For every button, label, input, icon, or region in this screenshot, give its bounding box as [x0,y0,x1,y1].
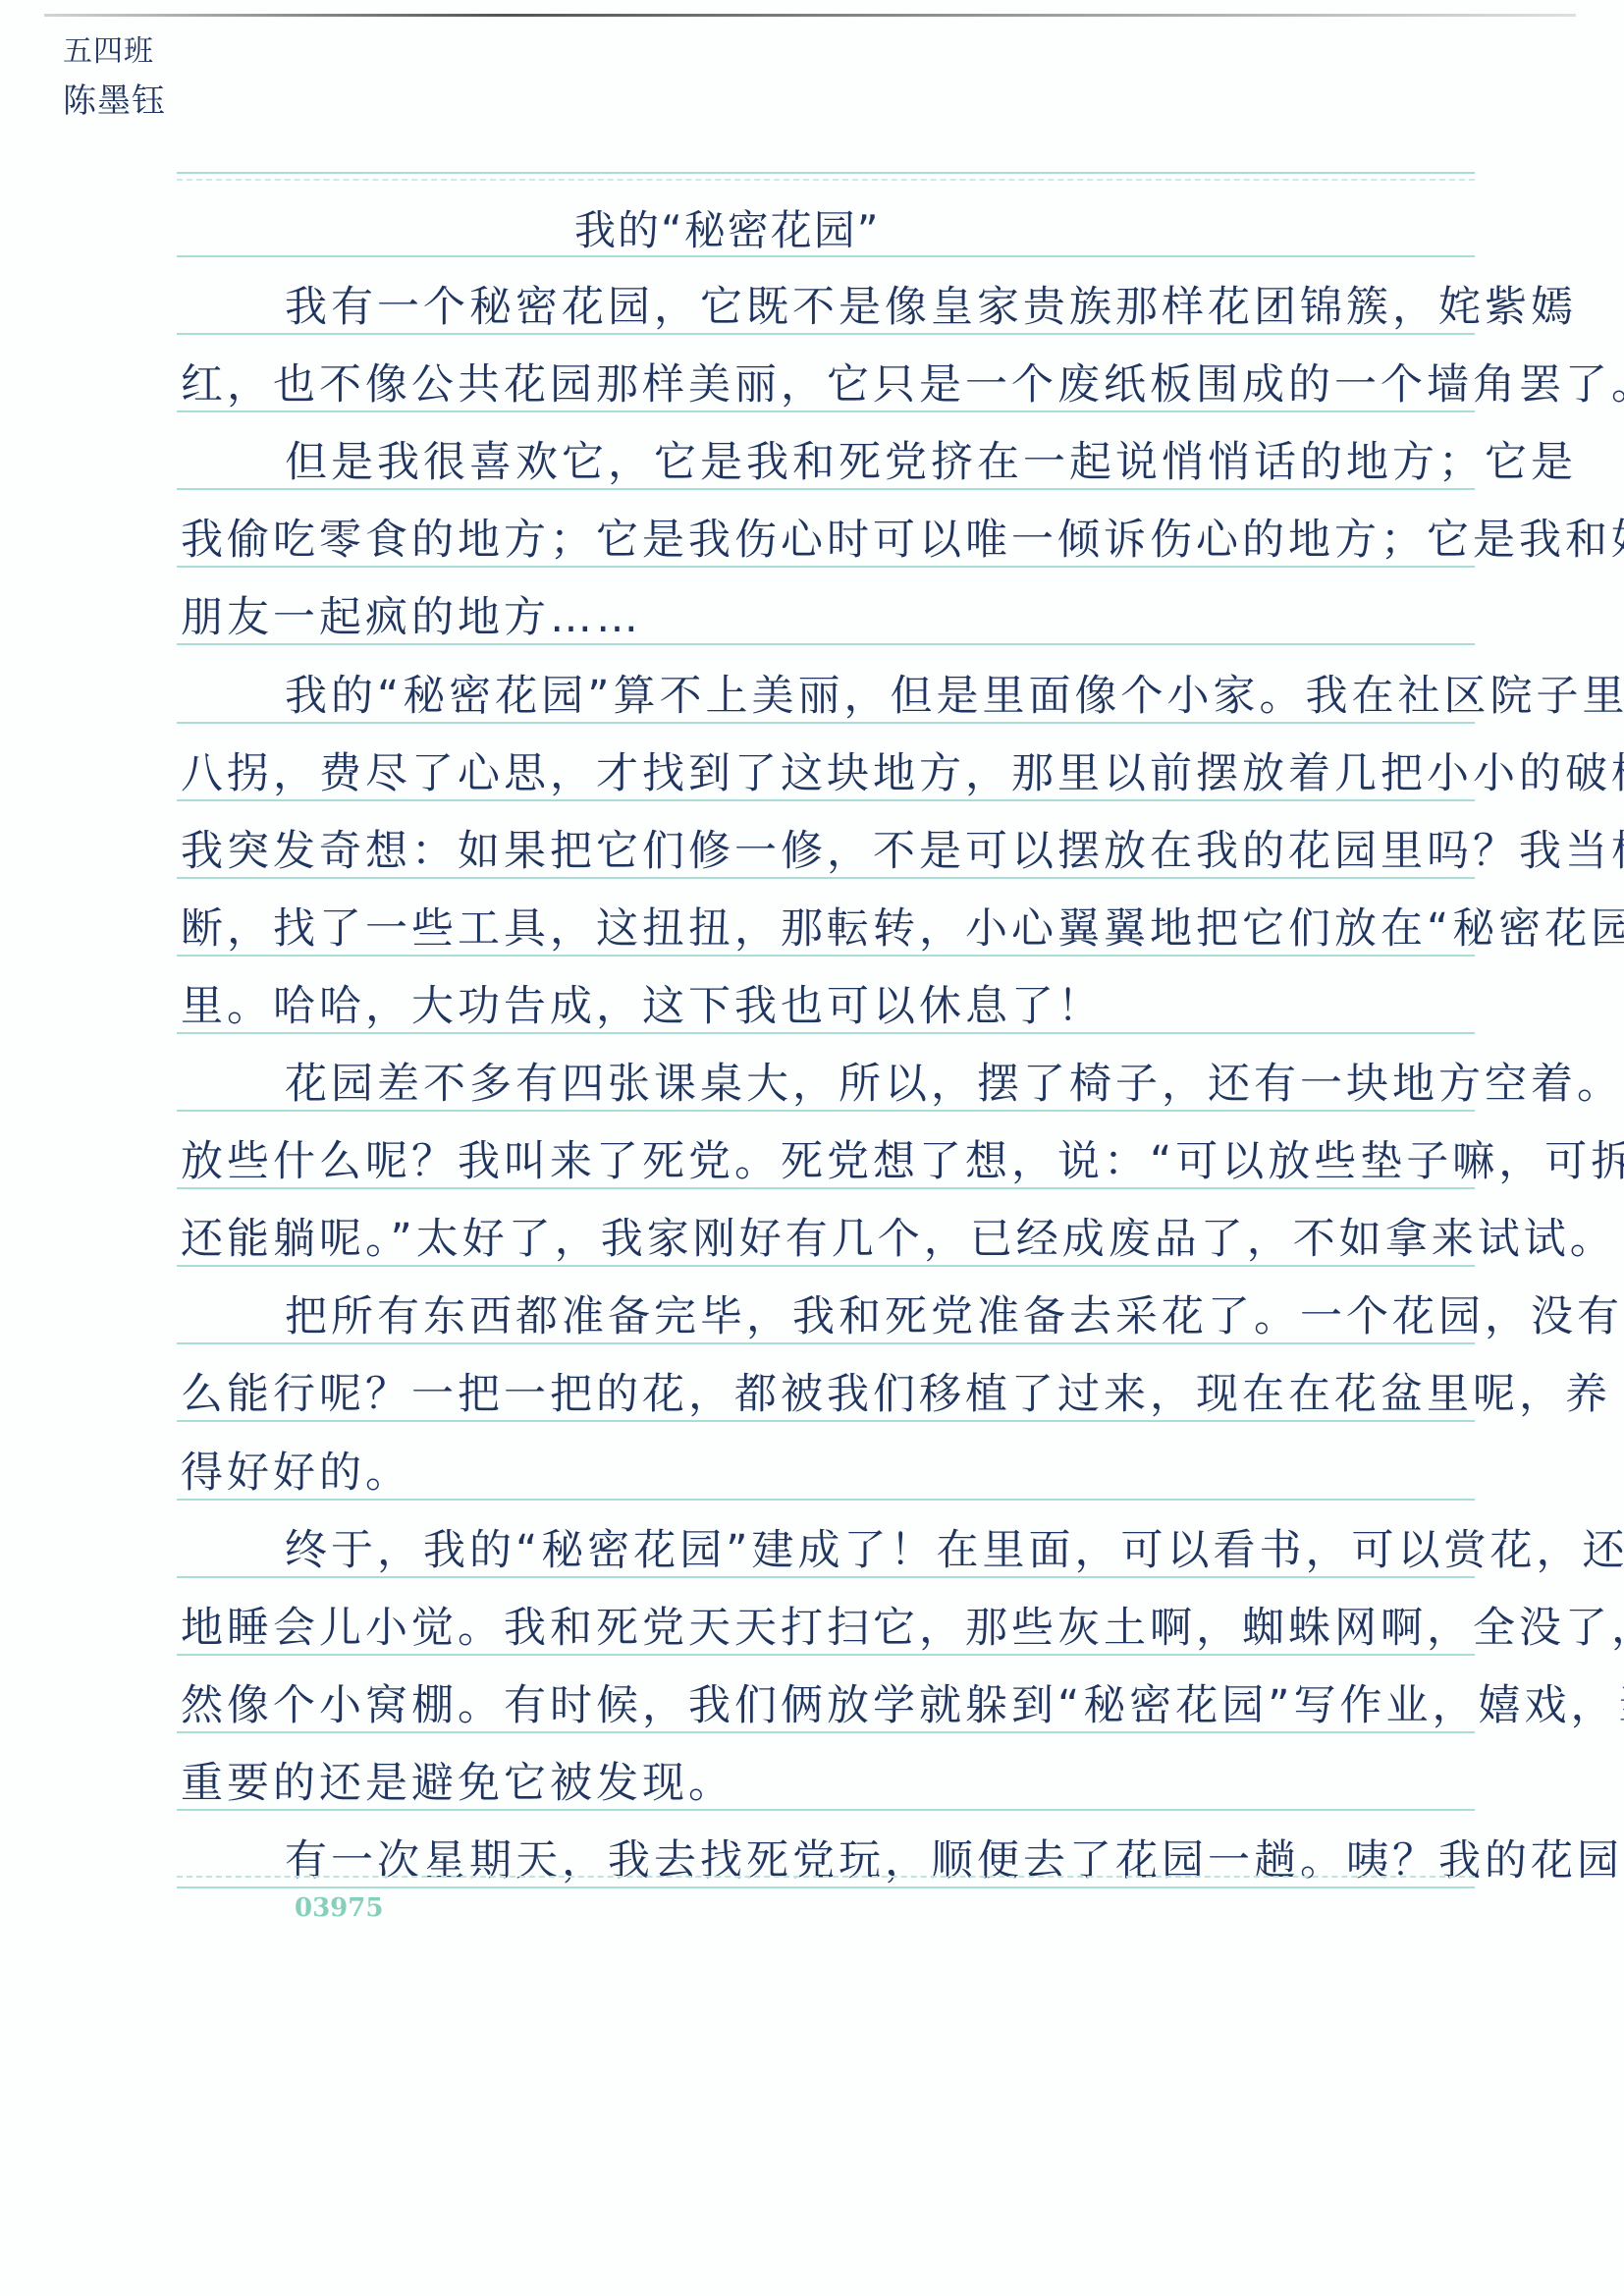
essay-title: 我的“秘密花园” [574,210,1475,251]
paragraph-first-line: 但是我很喜欢它，它是我和死党挤在一起说悄悄话的地方；它是 [285,442,1471,484]
line-text: 里。哈哈，大功告成，这下我也可以休息了！ [181,986,1475,1028]
essay-line: 地睡会儿小觉。我和死党天天打扫它，那些灰土啊，蜘蛛网啊，全没了，俨 [177,1578,1475,1656]
line-text: 得好好的。 [181,1452,1475,1495]
line-text: 红，也不像公共花园那样美丽，它只是一个废纸板围成的一个墙角罢了。 [181,364,1471,407]
essay-line: 我偷吃零食的地方；它是我伤心时可以唯一倾诉伤心的地方；它是我和好 [177,490,1475,568]
essay-line: 我有一个秘密花园，它既不是像皇家贵族那样花团锦簇，姹紫嫣 [177,257,1475,335]
bottom-dash-rule [177,1876,1475,1878]
paragraph-first-line: 我的“秘密花园”算不上美丽，但是里面像个小家。我在社区院子里七拐 [285,676,1471,718]
student-name: 陈墨钰 [63,84,166,118]
essay-line: 么能行呢？一把一把的花，都被我们移植了过来，现在在花盆里呢，养 [177,1344,1475,1422]
serial-number-stamp: 03975 [295,1893,383,1923]
essay-line: 还能躺呢。”太好了，我家刚好有几个，已经成废品了，不如拿来试试。 [177,1189,1475,1267]
paragraph-first-line: 我有一个秘密花园，它既不是像皇家贵族那样花团锦簇，姹紫嫣 [285,287,1471,329]
paragraph-first-line: 把所有东西都准备完毕，我和死党准备去采花了。一个花园，没有花怎 [285,1296,1471,1339]
essay-line: 我的“秘密花园”算不上美丽，但是里面像个小家。我在社区院子里七拐 [177,646,1475,724]
essay-line: 里。哈哈，大功告成，这下我也可以休息了！ [177,957,1475,1034]
essay-line: 断，找了一些工具，这扭扭，那転转，小心翼翼地把它们放在“秘密花园” [177,879,1475,957]
line-text: 然像个小窝棚。有时候，我们俩放学就躲到“秘密花园”写作业，嬉戏，当然最 [181,1685,1471,1727]
line-text: 地睡会儿小觉。我和死党天天打扫它，那些灰土啊，蜘蛛网啊，全没了，俨 [181,1608,1471,1650]
line-text: 我偷吃零食的地方；它是我伤心时可以唯一倾诉伤心的地方；它是我和好 [181,519,1471,562]
class-label: 五四班 [63,37,154,67]
line-text: 么能行呢？一把一把的花，都被我们移植了过来，现在在花盆里呢，养 [181,1374,1471,1416]
essay-line: 然像个小窝棚。有时候，我们俩放学就躲到“秘密花园”写作业，嬉戏，当然最 [177,1656,1475,1733]
essay-line: 但是我很喜欢它，它是我和死党挤在一起说悄悄话的地方；它是 [177,412,1475,490]
line-text: 八拐，费尽了心思，才找到了这块地方，那里以前摆放着几把小小的破椅子。 [181,753,1471,795]
essay-line: 重要的还是避免它被发现。 [177,1733,1475,1811]
paragraph-first-line: 终于，我的“秘密花园”建成了！在里面，可以看书，可以赏花，还能懒懒 [285,1530,1471,1572]
line-text: 朋友一起疯的地方…… [181,597,1475,639]
essay-line: 红，也不像公共花园那样美丽，它只是一个废纸板围成的一个墙角罢了。 [177,335,1475,412]
essay-line: 花园差不多有四张课桌大，所以，摆了椅子，还有一块地方空着。这里该 [177,1034,1475,1112]
essay-line: 把所有东西都准备完毕，我和死党准备去采花了。一个花园，没有花怎 [177,1267,1475,1344]
line-text: 我突发奇想：如果把它们修一修，不是可以摆放在我的花园里吗？我当机立 [181,831,1471,873]
essay-line: 放些什么呢？我叫来了死党。死党想了想，说：“可以放些垫子嘛，可拆装的那种， [177,1112,1475,1189]
title-line: 我的“秘密花园” [177,180,1475,257]
essay-line: 我突发奇想：如果把它们修一修，不是可以摆放在我的花园里吗？我当机立 [177,801,1475,879]
paragraph-first-line: 花园差不多有四张课桌大，所以，摆了椅子，还有一块地方空着。这里该 [285,1064,1471,1106]
essay-line: 朋友一起疯的地方…… [177,568,1475,645]
line-text: 放些什么呢？我叫来了死党。死党想了想，说：“可以放些垫子嘛，可拆装的那种， [181,1141,1471,1183]
line-text: 断，找了一些工具，这扭扭，那転转，小心翼翼地把它们放在“秘密花园” [181,908,1471,951]
line-text: 重要的还是避免它被发现。 [181,1763,1475,1805]
essay-line: 八拐，费尽了心思，才找到了这块地方，那里以前摆放着几把小小的破椅子。 [177,724,1475,801]
essay-line: 得好好的。 [177,1423,1475,1501]
essay-line: 终于，我的“秘密花园”建成了！在里面，可以看书，可以赏花，还能懒懒 [177,1501,1475,1578]
line-text: 还能躺呢。”太好了，我家刚好有几个，已经成废品了，不如拿来试试。 [181,1219,1475,1261]
top-rule [177,172,1475,174]
lined-paper: 我的“秘密花园” 我有一个秘密花园，它既不是像皇家贵族那样花团锦簇，姹紫嫣红，也… [177,0,1475,2296]
